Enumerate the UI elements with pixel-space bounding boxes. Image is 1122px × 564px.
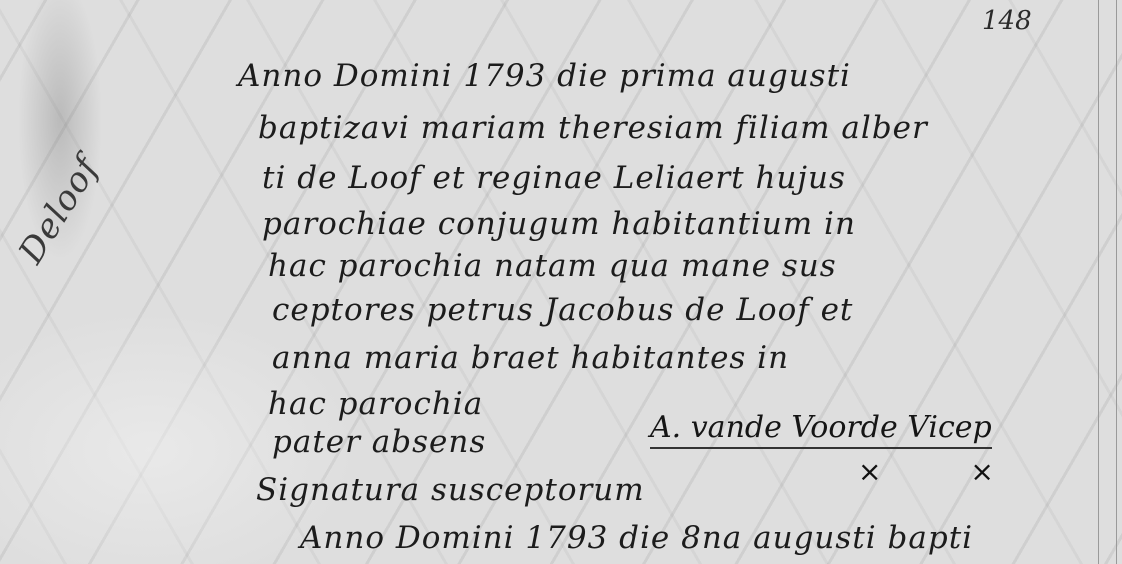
entry-line-9: pater absens — [272, 424, 486, 460]
margin-note-surname: Deloof — [11, 150, 107, 271]
entry-line-2: baptizavi mariam theresiam filiam alber — [258, 110, 928, 146]
document-page: 148 Deloof Anno Domini 1793 die prima au… — [0, 0, 1122, 564]
godparents-cross-marks: × × — [858, 455, 1034, 488]
entry-line-1: Anno Domini 1793 die prima augusti — [238, 58, 851, 94]
entry-line-3: ti de Loof et reginae Leliaert hujus — [262, 160, 846, 196]
entry-line-8: hac parochia — [268, 386, 483, 422]
next-entry-line-1: Anno Domini 1793 die 8na augusti bapti — [300, 520, 973, 556]
page-edge-rule — [1116, 0, 1117, 564]
priest-signature: A. vande Voorde Vicep — [650, 410, 992, 449]
entry-line-5: hac parochia natam qua mane sus — [268, 248, 837, 284]
entry-line-6: ceptores petrus Jacobus de Loof et — [272, 292, 853, 328]
entry-line-4: parochiae conjugum habitantium in — [262, 206, 856, 242]
entry-line-7: anna maria braet habitantes in — [272, 340, 789, 376]
page-number: 148 — [982, 6, 1032, 36]
right-margin-rule — [1098, 0, 1099, 564]
godparents-signature-label: Signatura susceptorum — [256, 472, 645, 508]
